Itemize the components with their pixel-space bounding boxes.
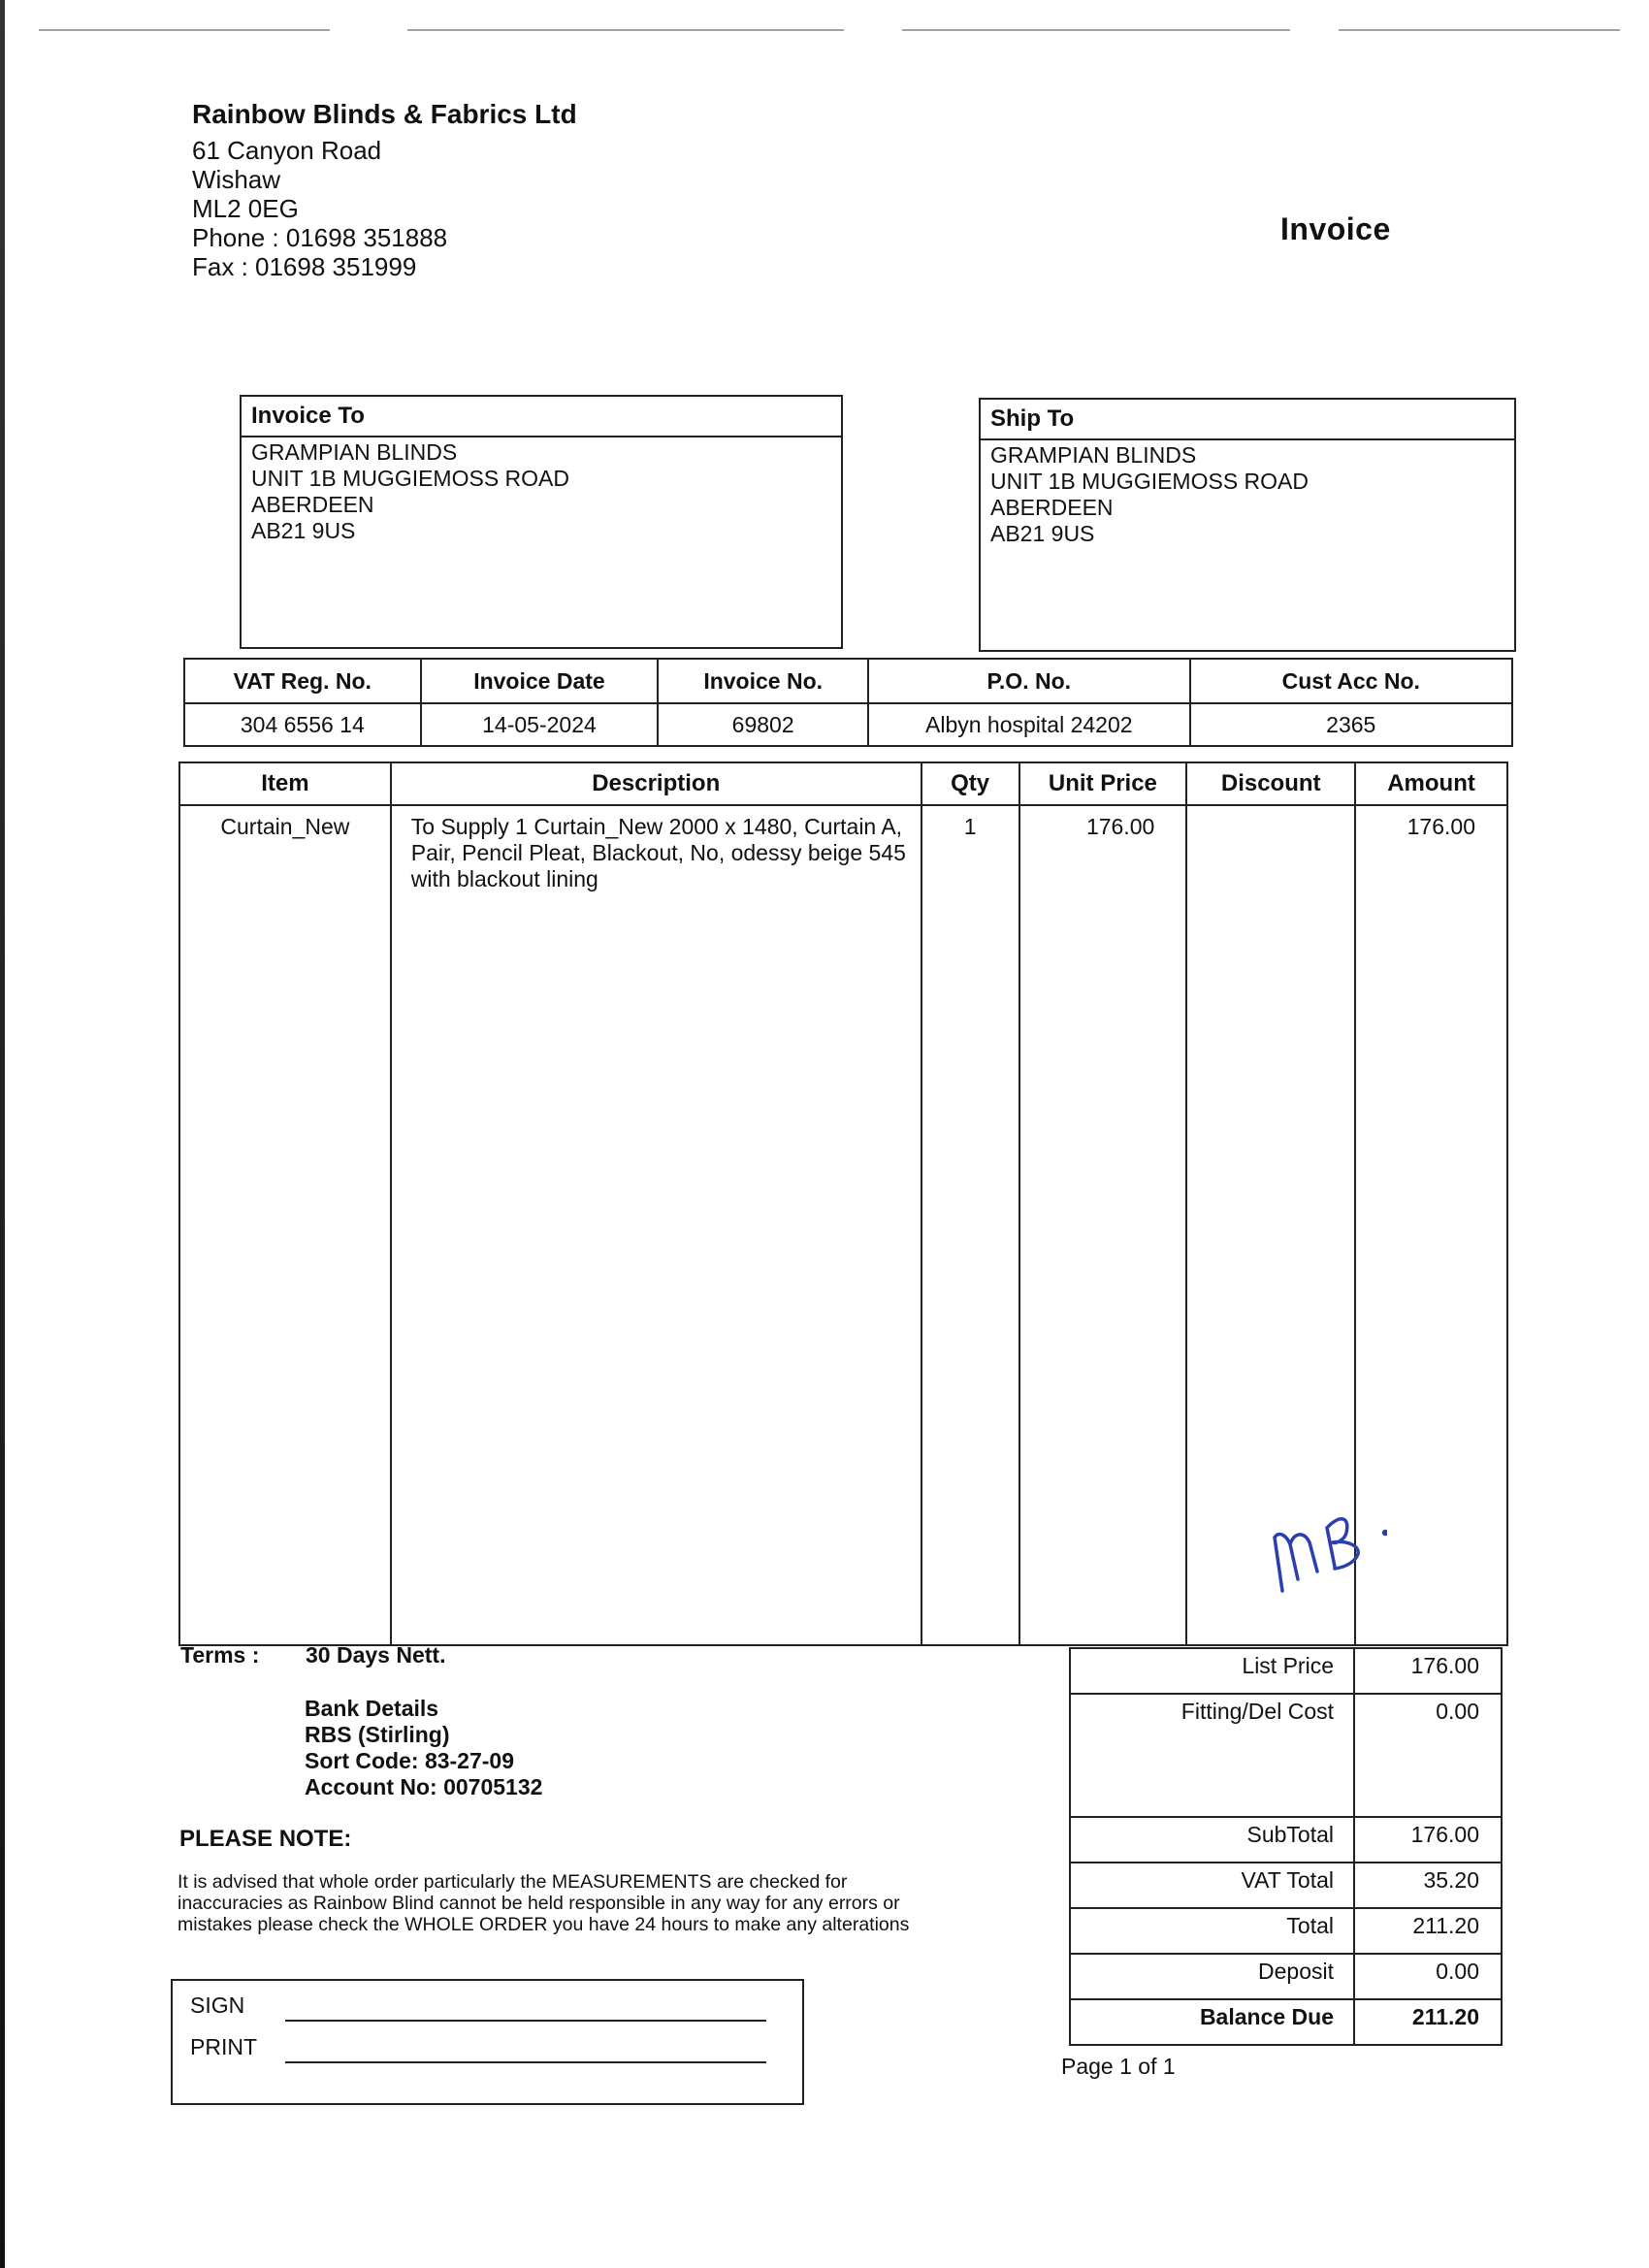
subtotal-row: SubTotal 176.00 (1070, 1817, 1502, 1863)
ship-to-heading: Ship To (981, 400, 1514, 440)
bank-details: Bank Details RBS (Stirling) Sort Code: 8… (305, 1696, 542, 1800)
qty-header: Qty (921, 762, 1019, 805)
company-header: Rainbow Blinds & Fabrics Ltd 61 Canyon R… (192, 99, 577, 281)
balance-due-label: Balance Due (1070, 1999, 1354, 2045)
invoice-date-header: Invoice Date (421, 659, 659, 703)
sign-box: SIGN PRINT (171, 1979, 804, 2105)
deposit-row: Deposit 0.00 (1070, 1954, 1502, 1999)
total-row: Total 211.20 (1070, 1908, 1502, 1954)
sign-label: SIGN (190, 1993, 244, 2019)
invoice-to-address: GRAMPIAN BLINDS UNIT 1B MUGGIEMOSS ROAD … (242, 437, 841, 546)
page-indicator: Page 1 of 1 (1061, 2054, 1176, 2080)
scan-artifact-line (407, 29, 844, 31)
document-title: Invoice (1280, 211, 1391, 247)
item-header: Item (179, 762, 391, 805)
invoice-meta-table: VAT Reg. No. Invoice Date Invoice No. P.… (183, 658, 1513, 747)
invoice-to-box: Invoice To GRAMPIAN BLINDS UNIT 1B MUGGI… (240, 395, 843, 649)
sign-line[interactable] (285, 2020, 766, 2022)
cust-acc-value: 2365 (1190, 703, 1512, 746)
po-no-value: Albyn hospital 24202 (868, 703, 1190, 746)
terms-value: 30 Days Nett. (306, 1642, 445, 1669)
address-line: GRAMPIAN BLINDS (251, 439, 831, 466)
company-name: Rainbow Blinds & Fabrics Ltd (192, 99, 577, 130)
description-cell: To Supply 1 Curtain_New 2000 x 1480, Cur… (391, 805, 921, 1645)
unit-price-header: Unit Price (1019, 762, 1187, 805)
address-line: UNIT 1B MUGGIEMOSS ROAD (251, 466, 831, 492)
unit-price-cell: 176.00 (1019, 805, 1187, 1645)
note-line: It is advised that whole order particula… (178, 1871, 1031, 1893)
invoice-date-value: 14-05-2024 (421, 703, 659, 746)
address-line: AB21 9US (251, 518, 831, 544)
note-line: inaccuracies as Rainbow Blind cannot be … (178, 1893, 1031, 1914)
scan-edge (0, 0, 5, 2268)
balance-due-row: Balance Due 211.20 (1070, 1999, 1502, 2045)
company-phone: Phone : 01698 351888 (192, 223, 577, 252)
note-line: mistakes please check the WHOLE ORDER yo… (178, 1914, 1031, 1935)
totals-table: List Price 176.00 Fitting/Del Cost 0.00 … (1069, 1647, 1503, 2046)
total-label: Total (1070, 1908, 1354, 1954)
company-address-line: Wishaw (192, 165, 577, 194)
print-line[interactable] (285, 2061, 766, 2063)
balance-due-value: 211.20 (1354, 1999, 1502, 2045)
handwritten-initials (1261, 1494, 1387, 1610)
bank-name: RBS (Stirling) (305, 1722, 542, 1748)
items-header-row: Item Description Qty Unit Price Discount… (179, 762, 1507, 805)
ship-to-box: Ship To GRAMPIAN BLINDS UNIT 1B MUGGIEMO… (979, 398, 1516, 652)
list-price-label: List Price (1070, 1648, 1354, 1694)
fitting-label: Fitting/Del Cost (1070, 1694, 1354, 1817)
item-cell: Curtain_New (179, 805, 391, 1645)
list-price-row: List Price 176.00 (1070, 1648, 1502, 1694)
description-header: Description (391, 762, 921, 805)
list-price-value: 176.00 (1354, 1648, 1502, 1694)
cust-acc-header: Cust Acc No. (1190, 659, 1512, 703)
total-value: 211.20 (1354, 1908, 1502, 1954)
print-label: PRINT (190, 2034, 257, 2060)
account-no: Account No: 00705132 (305, 1774, 542, 1800)
discount-header: Discount (1186, 762, 1355, 805)
invoice-no-value: 69802 (658, 703, 868, 746)
scan-artifact-line (902, 29, 1290, 31)
meta-header-row: VAT Reg. No. Invoice Date Invoice No. P.… (184, 659, 1512, 703)
fitting-value: 0.00 (1354, 1694, 1502, 1817)
vat-value: 35.20 (1354, 1863, 1502, 1908)
vat-reg-value: 304 6556 14 (184, 703, 421, 746)
company-address-line: ML2 0EG (192, 194, 577, 223)
qty-cell: 1 (921, 805, 1019, 1645)
deposit-value: 0.00 (1354, 1954, 1502, 1999)
bank-details-title: Bank Details (305, 1696, 542, 1722)
scan-artifact-line (39, 29, 330, 31)
address-line: ABERDEEN (251, 492, 831, 518)
invoice-to-heading: Invoice To (242, 397, 841, 437)
scan-artifact-line (1339, 29, 1620, 31)
subtotal-label: SubTotal (1070, 1817, 1354, 1863)
company-address-line: 61 Canyon Road (192, 136, 577, 165)
ship-to-address: GRAMPIAN BLINDS UNIT 1B MUGGIEMOSS ROAD … (981, 440, 1514, 549)
vat-reg-header: VAT Reg. No. (184, 659, 421, 703)
company-fax: Fax : 01698 351999 (192, 252, 577, 281)
terms-label: Terms : (180, 1642, 259, 1669)
address-line: UNIT 1B MUGGIEMOSS ROAD (990, 469, 1504, 495)
address-line: ABERDEEN (990, 495, 1504, 521)
subtotal-value: 176.00 (1354, 1817, 1502, 1863)
amount-header: Amount (1355, 762, 1507, 805)
po-no-header: P.O. No. (868, 659, 1190, 703)
address-line: AB21 9US (990, 521, 1504, 547)
vat-row: VAT Total 35.20 (1070, 1863, 1502, 1908)
sort-code: Sort Code: 83-27-09 (305, 1748, 542, 1774)
address-line: GRAMPIAN BLINDS (990, 442, 1504, 469)
fitting-row: Fitting/Del Cost 0.00 (1070, 1694, 1502, 1817)
meta-value-row: 304 6556 14 14-05-2024 69802 Albyn hospi… (184, 703, 1512, 746)
invoice-no-header: Invoice No. (658, 659, 868, 703)
please-note-text: It is advised that whole order particula… (178, 1871, 1031, 1935)
vat-label: VAT Total (1070, 1863, 1354, 1908)
deposit-label: Deposit (1070, 1954, 1354, 1999)
please-note-title: PLEASE NOTE: (179, 1826, 351, 1853)
